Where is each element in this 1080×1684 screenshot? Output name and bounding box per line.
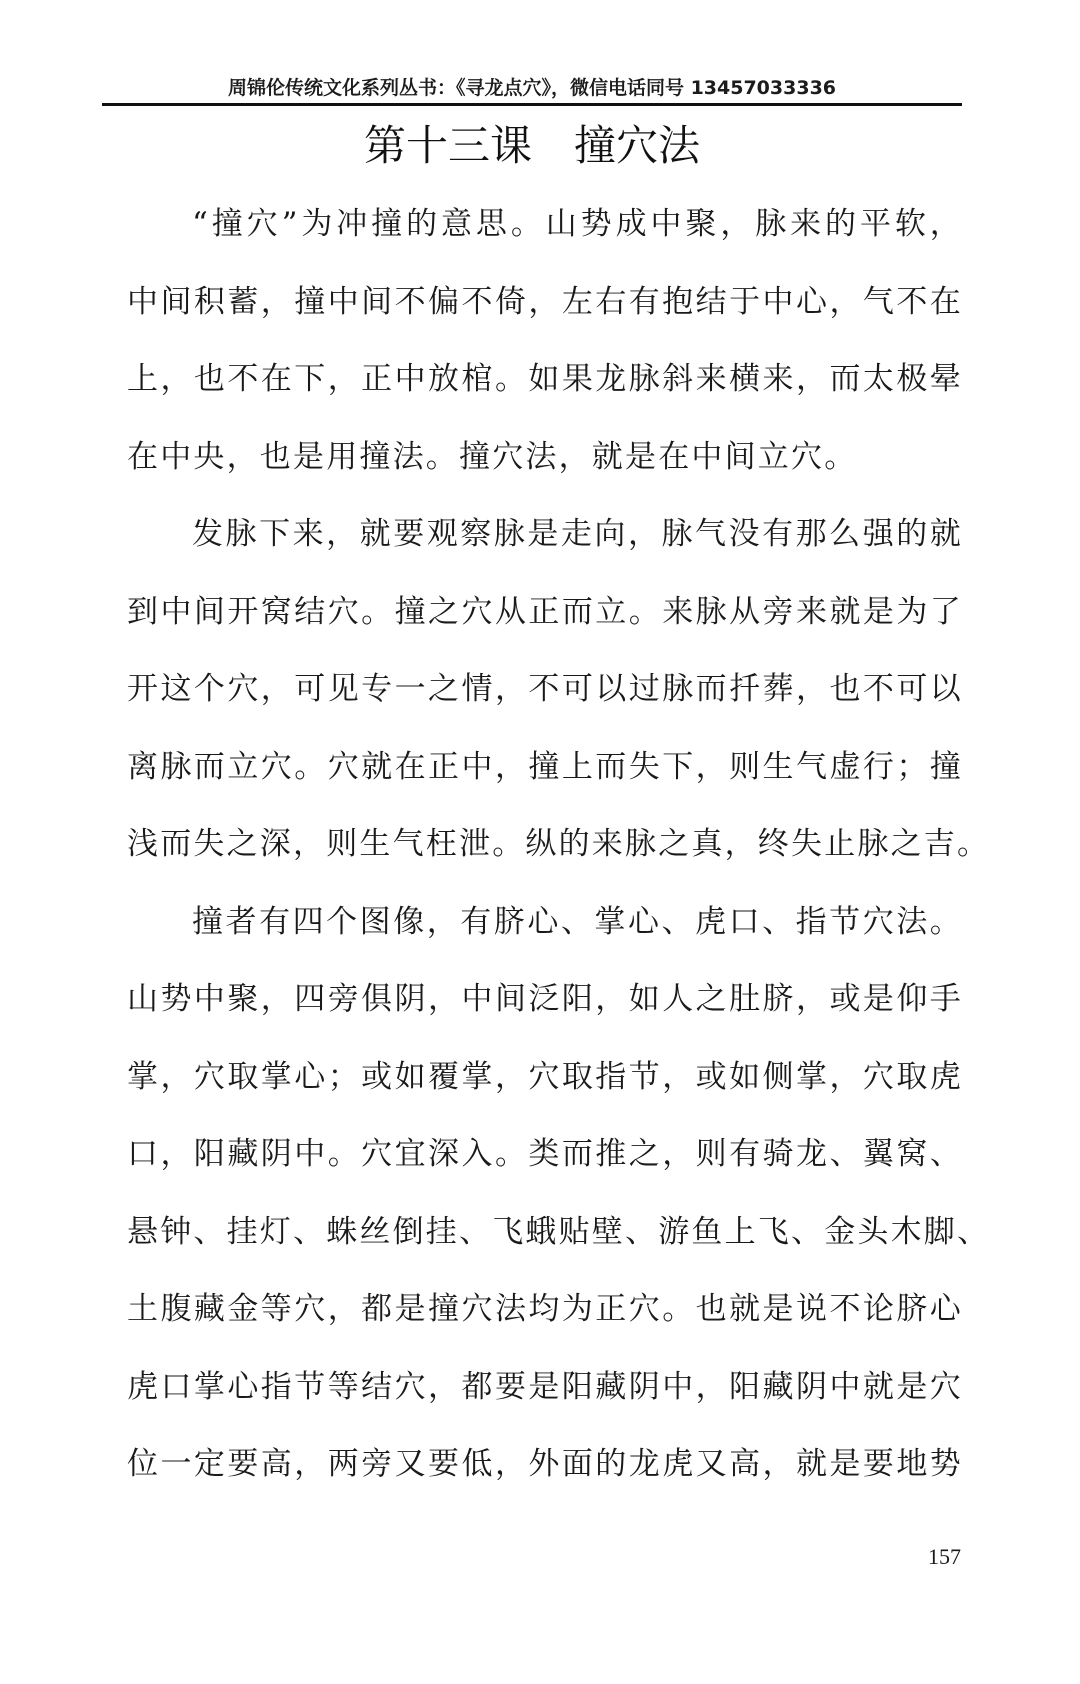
paragraph-3-line-2: 山势中聚，四旁俱阴，中间泛阳，如人之肚脐，或是仰手 <box>127 971 963 1049</box>
paragraph-3-line-1: 撞者有四个图像，有脐心、掌心、虎口、指节穴法。 <box>127 894 963 972</box>
paragraph-3-line-6: 土腹藏金等穴，都是撞穴法均为正穴。也就是说不论脐心 <box>127 1281 963 1359</box>
paragraph-2-line-1: 发脉下来，就要观察脉是走向，脉气没有那么强的就 <box>127 506 963 584</box>
paragraph-1-line-2: 中间积蓄，撞中间不偏不倚，左右有抱结于中心，气不在 <box>127 274 963 352</box>
paragraph-2-line-3: 开这个穴，可见专一之情，不可以过脉而扦葬，也不可以 <box>127 661 963 739</box>
header-rule <box>102 103 962 106</box>
paragraph-1-line-3: 上，也不在下，正中放棺。如果龙脉斜来横来，而太极晕 <box>127 351 963 429</box>
paragraph-2-line-4: 离脉而立穴。穴就在正中，撞上而失下，则生气虚行；撞 <box>127 739 963 817</box>
body-text: “撞穴”为冲撞的意思。山势成中聚，脉来的平软， 中间积蓄，撞中间不偏不倚，左右有… <box>127 196 963 1514</box>
paragraph-3-line-5: 悬钟、挂灯、蛛丝倒挂、飞蛾贴壁、游鱼上飞、金头木脚、 <box>127 1204 963 1282</box>
paragraph-3-line-4: 口，阳藏阴中。穴宜深入。类而推之，则有骑龙、翼窝、 <box>127 1126 963 1204</box>
book-page: 周锦伦传统文化系列丛书：《寻龙点穴》，微信电话同号 13457033336 第十… <box>0 0 1080 1684</box>
paragraph-1-line-4: 在中央，也是用撞法。撞穴法，就是在中间立穴。 <box>127 429 963 507</box>
page-number: 157 <box>928 1544 961 1570</box>
paragraph-3-line-8: 位一定要高，两旁又要低，外面的龙虎又高，就是要地势 <box>127 1436 963 1514</box>
paragraph-3-line-7: 虎口掌心指节等结穴，都要是阳藏阴中，阳藏阴中就是穴 <box>127 1359 963 1437</box>
chapter-number: 第十三课 <box>364 121 532 170</box>
running-header: 周锦伦传统文化系列丛书：《寻龙点穴》，微信电话同号 13457033336 <box>102 76 962 100</box>
chapter-title: 第十三课撞穴法 <box>102 120 962 172</box>
paragraph-2-line-5: 浅而失之深，则生气枉泄。纵的来脉之真，终失止脉之吉。 <box>127 816 963 894</box>
chapter-name: 撞穴法 <box>574 121 700 170</box>
paragraph-2-line-2: 到中间开窝结穴。撞之穴从正而立。来脉从旁来就是为了 <box>127 584 963 662</box>
paragraph-1-line-1: “撞穴”为冲撞的意思。山势成中聚，脉来的平软， <box>127 196 963 274</box>
paragraph-3-line-3: 掌，穴取掌心；或如覆掌，穴取指节，或如侧掌，穴取虎 <box>127 1049 963 1127</box>
